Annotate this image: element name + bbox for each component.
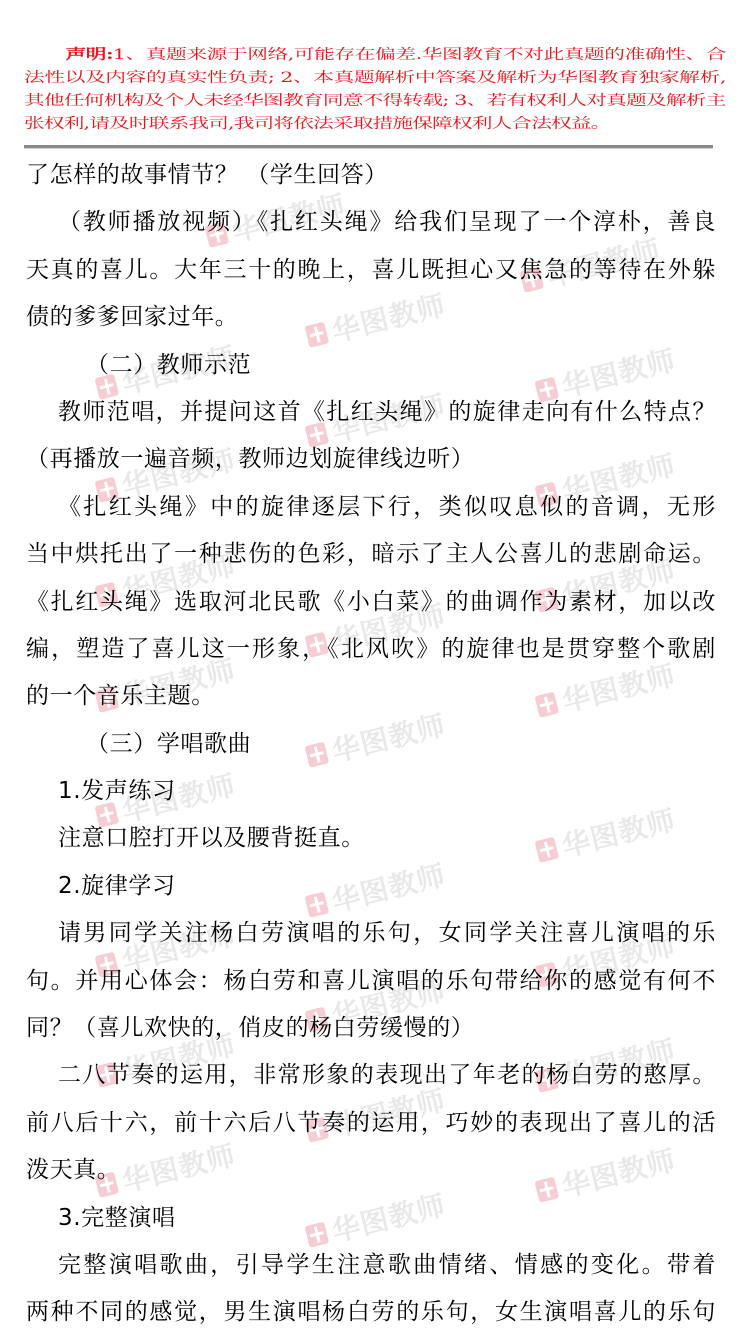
paragraph-line: 请男同学关注杨白劳演唱的乐句，女同学关注喜儿演唱的乐	[26, 910, 716, 957]
paragraph-line: 天真的喜儿。大年三十的晚上，喜儿既担心又焦急的等待在外躲	[26, 247, 716, 294]
disclaimer-notice: 声明:1、真题来源于网络,可能存在偏差.华图教育不对此真题的准确性、合法性以及内…	[24, 44, 726, 136]
header-divider	[24, 145, 713, 149]
paragraph-line: （再播放一遍音频，教师边划旋律线边听）	[26, 436, 716, 483]
subsection-heading: 2.旋律学习	[26, 863, 716, 910]
section-heading: （二）教师示范	[26, 342, 716, 389]
paragraph-line: 句。并用心体会：杨白劳和喜儿演唱的乐句带给你的感觉有何不	[26, 958, 716, 1005]
paragraph-line: 前八后十六，前十六后八节奏的运用，巧妙的表现出了喜儿的活	[26, 1100, 716, 1147]
subsection-heading: 3.完整演唱	[26, 1195, 716, 1242]
paragraph-line: 注意口腔打开以及腰背挺直。	[26, 815, 716, 862]
paragraph-line: 两种不同的感觉，男生演唱杨白劳的乐句，女生演唱喜儿的乐句	[26, 1289, 716, 1335]
paragraph-line: 债的爹爹回家过年。	[26, 294, 716, 341]
document-body: 了怎样的故事情节？ （学生回答） （教师播放视频）《扎红头绳》给我们呈现了一个淳…	[26, 152, 716, 1335]
paragraph-line: 了怎样的故事情节？ （学生回答）	[26, 152, 716, 199]
paragraph-line: 教师范唱，并提问这首《扎红头绳》的旋律走向有什么特点？	[26, 389, 716, 436]
paragraph-line: 编，塑造了喜儿这一形象，《北风吹》的旋律也是贯穿整个歌剧	[26, 626, 716, 673]
paragraph-line: 《扎红头绳》选取河北民歌《小白菜》的曲调作为素材，加以改	[26, 579, 716, 626]
paragraph-line: 二八节奏的运用，非常形象的表现出了年老的杨白劳的憨厚。	[26, 1052, 716, 1099]
paragraph-line: （教师播放视频）《扎红头绳》给我们呈现了一个淳朴，善良	[26, 199, 716, 246]
disclaimer-lead: 声明:	[65, 47, 112, 63]
section-heading: （三）学唱歌曲	[26, 721, 716, 768]
paragraph-line: 泼天真。	[26, 1147, 716, 1194]
paragraph-line: 《扎红头绳》中的旋律逐层下行，类似叹息似的音调，无形	[26, 484, 716, 531]
paragraph-line: 当中烘托出了一种悲伤的色彩，暗示了主人公喜儿的悲剧命运。	[26, 531, 716, 578]
paragraph-line: 的一个音乐主题。	[26, 673, 716, 720]
disclaimer-text: 1、真题来源于网络,可能存在偏差.华图教育不对此真题的准确性、合法性以及内容的真…	[24, 47, 726, 132]
paragraph-line: 完整演唱歌曲，引导学生注意歌曲情绪、情感的变化。带着	[26, 1242, 716, 1289]
subsection-heading: 1.发声练习	[26, 768, 716, 815]
paragraph-line: 同？（喜儿欢快的，俏皮的杨白劳缓慢的）	[26, 1005, 716, 1052]
